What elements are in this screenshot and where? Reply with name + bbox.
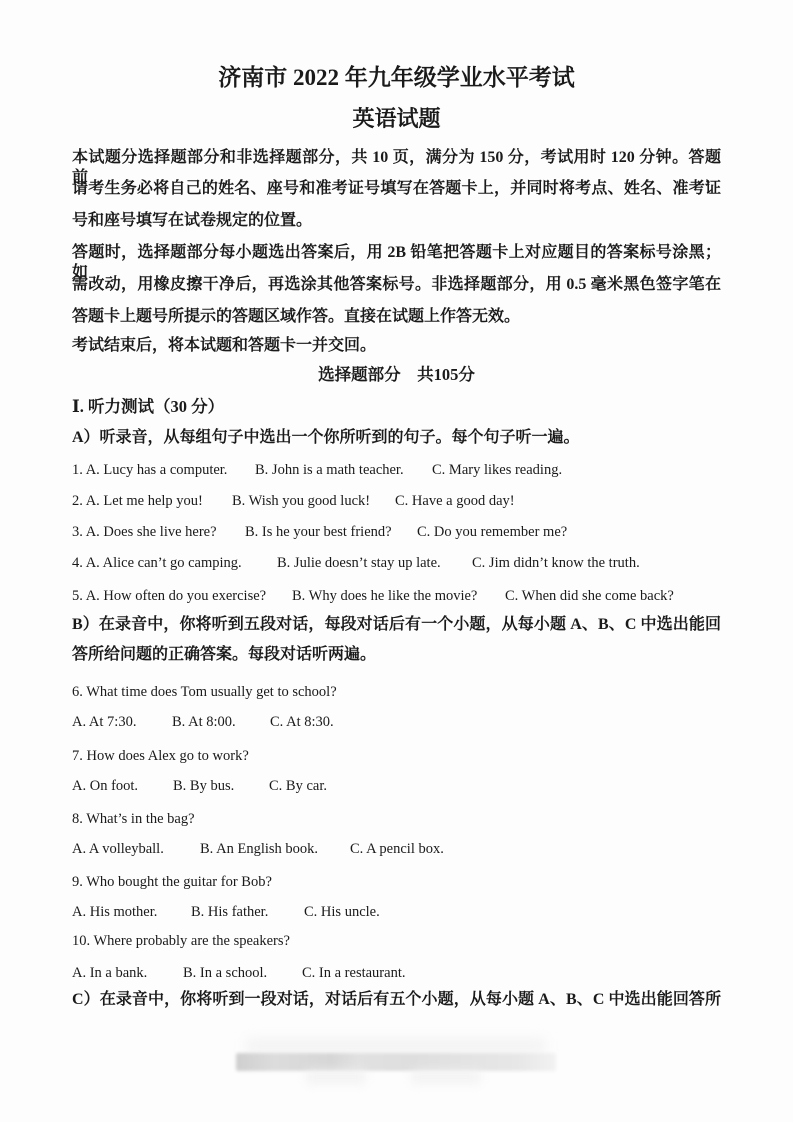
option-c: C. By car. <box>269 778 327 795</box>
question-line: 8. What’s in the bag? <box>72 809 195 829</box>
option-c: C. His uncle. <box>304 904 380 921</box>
exam-subtitle: 英语试题 <box>0 106 793 132</box>
option-b: B. Why does he like the movie? <box>292 588 477 605</box>
choice-section-heading: 选择题部分 共105分 <box>0 365 793 385</box>
option-b: B. His father. <box>191 904 268 921</box>
notice-line: 答题卡上题号所提示的答题区域作答。直接在试题上作答无效。 <box>72 307 520 327</box>
watermark-smudge <box>306 1070 366 1084</box>
question-row: 1. A. Lucy has a computer. B. John is a … <box>72 462 732 482</box>
notice-line: 请考生务必将自己的姓名、座号和准考证号填写在答题卡上，并同时将考点、姓名、准考证 <box>72 179 721 199</box>
option-a: 2. A. Let me help you! <box>72 493 203 510</box>
option-c: C. A pencil box. <box>350 841 444 858</box>
option-a: A. On foot. <box>72 778 138 795</box>
option-a: 5. A. How often do you exercise? <box>72 588 266 605</box>
question-row: 5. A. How often do you exercise? B. Why … <box>72 588 732 608</box>
option-c: C. Mary likes reading. <box>432 462 562 479</box>
option-a: 1. A. Lucy has a computer. <box>72 462 227 479</box>
options-row: A. In a bank. B. In a school. C. In a re… <box>72 965 732 985</box>
question-row: 4. A. Alice can’t go camping. B. Julie d… <box>72 555 732 575</box>
options-row: A. On foot. B. By bus. C. By car. <box>72 778 732 798</box>
notice-line: 号和座号填写在试卷规定的位置。 <box>72 211 312 231</box>
option-b: B. At 8:00. <box>172 714 236 731</box>
listening-section-heading: Ⅰ. 听力测试（30 分） <box>72 397 224 417</box>
part-b-instruction-line: B）在录音中，你将听到五段对话，每段对话后有一个小题，从每小题 A、B、C 中选… <box>72 615 721 635</box>
option-a: A. In a bank. <box>72 965 147 982</box>
option-c: C. Jim didn’t know the truth. <box>472 555 640 572</box>
question-line: 7. How does Alex go to work? <box>72 746 249 766</box>
option-a: 4. A. Alice can’t go camping. <box>72 555 242 572</box>
option-b: B. An English book. <box>200 841 318 858</box>
part-a-instruction: A）听录音，从每组句子中选出一个你所听到的句子。每个句子听一遍。 <box>72 428 580 448</box>
part-b-instruction-line: 答所给问题的正确答案。每段对话听两遍。 <box>72 645 376 665</box>
option-b: B. By bus. <box>173 778 234 795</box>
question-line: 10. Where probably are the speakers? <box>72 931 290 951</box>
option-b: B. John is a math teacher. <box>255 462 404 479</box>
option-a: A. A volleyball. <box>72 841 164 858</box>
notice-line: 需改动，用橡皮擦干净后，再选涂其他答案标号。非选择题部分，用 0.5 毫米黑色签… <box>72 275 721 295</box>
option-a: A. His mother. <box>72 904 157 921</box>
option-c: C. Do you remember me? <box>417 524 567 541</box>
exam-paper-page: 济南市 2022 年九年级学业水平考试 英语试题 本试题分选择题部分和非选择题部… <box>0 0 793 1122</box>
option-b: B. Is he your best friend? <box>245 524 392 541</box>
option-b: B. Wish you good luck! <box>232 493 370 510</box>
option-c: C. Have a good day! <box>395 493 515 510</box>
options-row: A. A volleyball. B. An English book. C. … <box>72 841 732 861</box>
option-b: B. In a school. <box>183 965 267 982</box>
part-c-instruction: C）在录音中，你将听到一段对话，对话后有五个小题，从每小题 A、B、C 中选出能… <box>72 990 721 1010</box>
notice-line: 考试结束后，将本试题和答题卡一并交回。 <box>72 336 376 356</box>
option-c: C. When did she come back? <box>505 588 674 605</box>
option-a: 3. A. Does she live here? <box>72 524 217 541</box>
option-c: C. At 8:30. <box>270 714 334 731</box>
question-line: 6. What time does Tom usually get to sch… <box>72 682 337 702</box>
question-line: 9. Who bought the guitar for Bob? <box>72 872 272 892</box>
option-b: B. Julie doesn’t stay up late. <box>277 555 441 572</box>
option-c: C. In a restaurant. <box>302 965 405 982</box>
question-row: 2. A. Let me help you! B. Wish you good … <box>72 493 732 513</box>
watermark-smudge <box>411 1070 481 1084</box>
blurred-watermark-bar <box>236 1038 560 1090</box>
question-row: 3. A. Does she live here? B. Is he your … <box>72 524 732 544</box>
option-a: A. At 7:30. <box>72 714 136 731</box>
exam-title: 济南市 2022 年九年级学业水平考试 <box>0 64 793 92</box>
watermark-strip <box>236 1053 556 1071</box>
watermark-halo <box>246 1038 546 1054</box>
options-row: A. At 7:30. B. At 8:00. C. At 8:30. <box>72 714 732 734</box>
options-row: A. His mother. B. His father. C. His unc… <box>72 904 732 924</box>
